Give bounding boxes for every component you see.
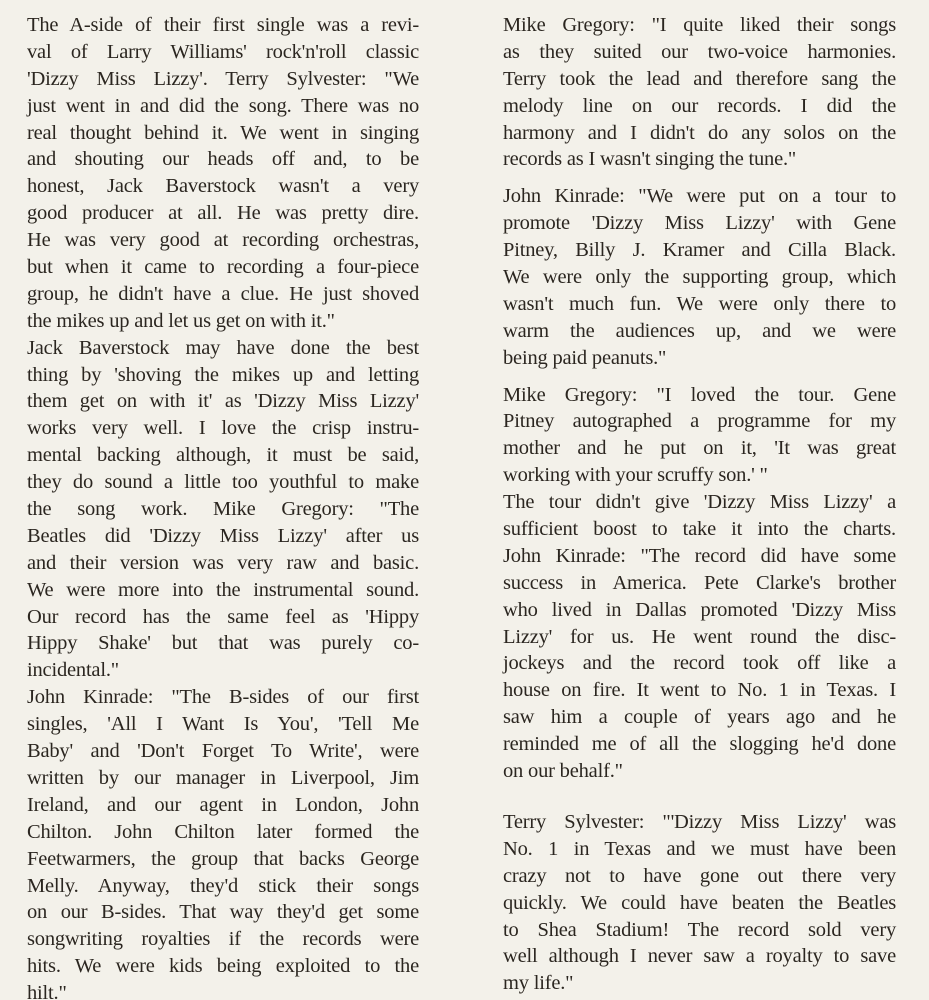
text-line: hilt." xyxy=(27,980,419,1000)
text-line: John Kinrade: "The B-sides of our first xyxy=(27,684,419,711)
text-line: Beatles did 'Dizzy Miss Lizzy' after us xyxy=(27,523,419,550)
paragraph-baverstock-review: Jack Baverstock may have done the bestth… xyxy=(27,335,419,685)
paragraph-gregory-harmonies: Mike Gregory: "I quite liked their songs… xyxy=(503,12,896,173)
text-line: mother and he put on it, 'It was great xyxy=(503,435,896,462)
text-line: Lizzy' for us. He went round the disc- xyxy=(503,624,896,651)
text-line: Terry Sylvester: "'Dizzy Miss Lizzy' was xyxy=(503,809,896,836)
text-line: the song work. Mike Gregory: "The xyxy=(27,496,419,523)
text-line: We were more into the instrumental sound… xyxy=(27,577,419,604)
text-line: working with your scruffy son.' " xyxy=(503,462,896,489)
text-line: Chilton. John Chilton later formed the xyxy=(27,819,419,846)
text-line: honest, Jack Baverstock wasn't a very xyxy=(27,173,419,200)
text-line: melody line on our records. I did the xyxy=(503,93,896,120)
text-line: The A-side of their first single was a r… xyxy=(27,12,419,39)
text-line: group, he didn't have a clue. He just sh… xyxy=(27,281,419,308)
text-line: reminded me of all the slogging he'd don… xyxy=(503,731,896,758)
paragraph-kinrade-tour: John Kinrade: "We were put on a tour top… xyxy=(503,183,896,371)
text-line: He was very good at recording orchestras… xyxy=(27,227,419,254)
text-line: John Kinrade: "The record did have some xyxy=(503,543,896,570)
text-line: The tour didn't give 'Dizzy Miss Lizzy' … xyxy=(503,489,896,516)
text-line: records as I wasn't singing the tune." xyxy=(503,146,896,173)
text-line: warm the audiences up, and we were xyxy=(503,318,896,345)
text-line: good producer at all. He was pretty dire… xyxy=(27,200,419,227)
text-line: crazy not to have gone out there very xyxy=(503,863,896,890)
text-line: John Kinrade: "We were put on a tour to xyxy=(503,183,896,210)
text-line: works very well. I love the crisp instru… xyxy=(27,415,419,442)
text-line: saw him a couple of years ago and he xyxy=(503,704,896,731)
paragraph-kinrade-b-sides: John Kinrade: "The B-sides of our firsts… xyxy=(27,684,419,1000)
text-line: singles, 'All I Want Is You', 'Tell Me xyxy=(27,711,419,738)
text-line: harmony and I didn't do any solos on the xyxy=(503,120,896,147)
text-line: on our behalf." xyxy=(503,758,896,785)
text-line: jockeys and the record took off like a xyxy=(503,650,896,677)
paragraph-kinrade-america: The tour didn't give 'Dizzy Miss Lizzy' … xyxy=(503,489,896,785)
text-line: Mike Gregory: "I quite liked their songs xyxy=(503,12,896,39)
text-line: val of Larry Williams' rock'n'roll class… xyxy=(27,39,419,66)
text-line: being paid peanuts." xyxy=(503,345,896,372)
text-line: We were only the supporting group, which xyxy=(503,264,896,291)
text-line: thing by 'shoving the mikes up and letti… xyxy=(27,362,419,389)
text-line: to Shea Stadium! The record sold very xyxy=(503,917,896,944)
paragraph-sylvester-texas: Terry Sylvester: "'Dizzy Miss Lizzy' was… xyxy=(503,809,896,997)
text-line: just went in and did the song. There was… xyxy=(27,93,419,120)
text-line: Pitney autographed a programme for my xyxy=(503,408,896,435)
text-line: Ireland, and our agent in London, John xyxy=(27,792,419,819)
text-line: my life." xyxy=(503,970,896,997)
text-line: sufficient boost to take it into the cha… xyxy=(503,516,896,543)
paragraph-spacer xyxy=(503,372,896,382)
text-line: as they suited our two-voice harmonies. xyxy=(503,39,896,66)
text-line: written by our manager in Liverpool, Jim xyxy=(27,765,419,792)
text-line: quickly. We could have beaten the Beatle… xyxy=(503,890,896,917)
left-column: The A-side of their first single was a r… xyxy=(27,12,419,1000)
text-line: incidental." xyxy=(27,657,419,684)
text-line: Terry took the lead and therefore sang t… xyxy=(503,66,896,93)
text-line: the mikes up and let us get on with it." xyxy=(27,308,419,335)
text-line: who lived in Dallas promoted 'Dizzy Miss xyxy=(503,597,896,624)
right-column: Mike Gregory: "I quite liked their songs… xyxy=(503,12,896,997)
text-line: they do sound a little too youthful to m… xyxy=(27,469,419,496)
document-page: The A-side of their first single was a r… xyxy=(0,0,929,1000)
text-line: well although I never saw a royalty to s… xyxy=(503,943,896,970)
text-line: wasn't much fun. We were only there to xyxy=(503,291,896,318)
text-line: them get on with it' as 'Dizzy Miss Lizz… xyxy=(27,388,419,415)
text-line: Pitney, Billy J. Kramer and Cilla Black. xyxy=(503,237,896,264)
text-line: house on fire. It went to No. 1 in Texas… xyxy=(503,677,896,704)
paragraph-a-side-single: The A-side of their first single was a r… xyxy=(27,12,419,335)
text-line: real thought behind it. We went in singi… xyxy=(27,120,419,147)
text-line: Mike Gregory: "I loved the tour. Gene xyxy=(503,382,896,409)
text-line: but when it came to recording a four-pie… xyxy=(27,254,419,281)
paragraph-spacer xyxy=(503,173,896,183)
text-line: Our record has the same feel as 'Hippy xyxy=(27,604,419,631)
text-line: mental backing although, it must be said… xyxy=(27,442,419,469)
text-line: and shouting our heads off and, to be xyxy=(27,146,419,173)
text-line: success in America. Pete Clarke's brothe… xyxy=(503,570,896,597)
text-line: Baby' and 'Don't Forget To Write', were xyxy=(27,738,419,765)
paragraph-spacer xyxy=(503,785,896,809)
text-line: on our B-sides. That way they'd get some xyxy=(27,899,419,926)
paragraph-gregory-loved-tour: Mike Gregory: "I loved the tour. GenePit… xyxy=(503,382,896,490)
text-line: and their version was very raw and basic… xyxy=(27,550,419,577)
text-line: Feetwarmers, the group that backs George xyxy=(27,846,419,873)
text-line: songwriting royalties if the records wer… xyxy=(27,926,419,953)
text-line: Melly. Anyway, they'd stick their songs xyxy=(27,873,419,900)
text-line: Hippy Shake' but that was purely co- xyxy=(27,630,419,657)
text-line: hits. We were kids being exploited to th… xyxy=(27,953,419,980)
text-line: 'Dizzy Miss Lizzy'. Terry Sylvester: "We xyxy=(27,66,419,93)
text-line: promote 'Dizzy Miss Lizzy' with Gene xyxy=(503,210,896,237)
text-line: Jack Baverstock may have done the best xyxy=(27,335,419,362)
text-line: No. 1 in Texas and we must have been xyxy=(503,836,896,863)
